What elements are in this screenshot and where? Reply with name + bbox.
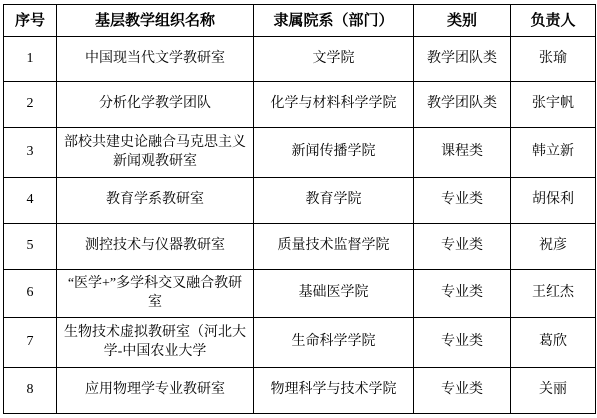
table-row: 6 “医学+”多学科交叉融合教研室 基础医学院 专业类 王红杰 [4,270,596,318]
department-cell: 质量技术监督学院 [254,224,414,270]
table-row: 3 部校共建史论融合马克思主义新闻观教研室 新闻传播学院 课程类 韩立新 [4,128,596,178]
row-number-cell: 6 [4,270,57,318]
leader-cell: 葛欣 [511,318,596,368]
org-name-cell: 应用物理学专业教研室 [57,368,254,414]
header-row: 序号 基层教学组织名称 隶属院系（部门） 类别 负责人 [4,5,596,37]
table-row: 7 生物技术虚拟教研室（河北大学-中国农业大学 生命科学学院 专业类 葛欣 [4,318,596,368]
category-cell: 教学团队类 [414,82,511,128]
teaching-organizations-table: 序号 基层教学组织名称 隶属院系（部门） 类别 负责人 1 中国现当代文学教研室… [3,4,596,414]
row-number-cell: 4 [4,178,57,224]
row-number-cell: 5 [4,224,57,270]
leader-cell: 张宇帆 [511,82,596,128]
leader-cell: 张瑜 [511,37,596,82]
org-name-cell: 中国现当代文学教研室 [57,37,254,82]
department-cell: 教育学院 [254,178,414,224]
leader-cell: 韩立新 [511,128,596,178]
category-cell: 专业类 [414,368,511,414]
category-cell: 教学团队类 [414,37,511,82]
org-name-cell: 生物技术虚拟教研室（河北大学-中国农业大学 [57,318,254,368]
header-cell-category: 类别 [414,5,511,37]
leader-cell: 祝彦 [511,224,596,270]
org-name-cell: 分析化学教学团队 [57,82,254,128]
header-cell-name: 基层教学组织名称 [57,5,254,37]
category-cell: 课程类 [414,128,511,178]
table-container: 序号 基层教学组织名称 隶属院系（部门） 类别 负责人 1 中国现当代文学教研室… [3,4,596,414]
header-cell-leader: 负责人 [511,5,596,37]
org-name-cell: “医学+”多学科交叉融合教研室 [57,270,254,318]
category-cell: 专业类 [414,318,511,368]
row-number-cell: 7 [4,318,57,368]
row-number-cell: 8 [4,368,57,414]
table-row: 1 中国现当代文学教研室 文学院 教学团队类 张瑜 [4,37,596,82]
department-cell: 化学与材料科学学院 [254,82,414,128]
org-name-cell: 教育学系教研室 [57,178,254,224]
leader-cell: 王红杰 [511,270,596,318]
table-row: 2 分析化学教学团队 化学与材料科学学院 教学团队类 张宇帆 [4,82,596,128]
row-number-cell: 3 [4,128,57,178]
org-name-cell: 测控技术与仪器教研室 [57,224,254,270]
category-cell: 专业类 [414,224,511,270]
table-row: 5 测控技术与仪器教研室 质量技术监督学院 专业类 祝彦 [4,224,596,270]
header-cell-department: 隶属院系（部门） [254,5,414,37]
leader-cell: 胡保利 [511,178,596,224]
category-cell: 专业类 [414,270,511,318]
department-cell: 新闻传播学院 [254,128,414,178]
department-cell: 生命科学学院 [254,318,414,368]
leader-cell: 关丽 [511,368,596,414]
table-row: 8 应用物理学专业教研室 物理科学与技术学院 专业类 关丽 [4,368,596,414]
table-row: 4 教育学系教研室 教育学院 专业类 胡保利 [4,178,596,224]
org-name-cell: 部校共建史论融合马克思主义新闻观教研室 [57,128,254,178]
row-number-cell: 2 [4,82,57,128]
header-cell-no: 序号 [4,5,57,37]
department-cell: 基础医学院 [254,270,414,318]
department-cell: 物理科学与技术学院 [254,368,414,414]
department-cell: 文学院 [254,37,414,82]
category-cell: 专业类 [414,178,511,224]
row-number-cell: 1 [4,37,57,82]
